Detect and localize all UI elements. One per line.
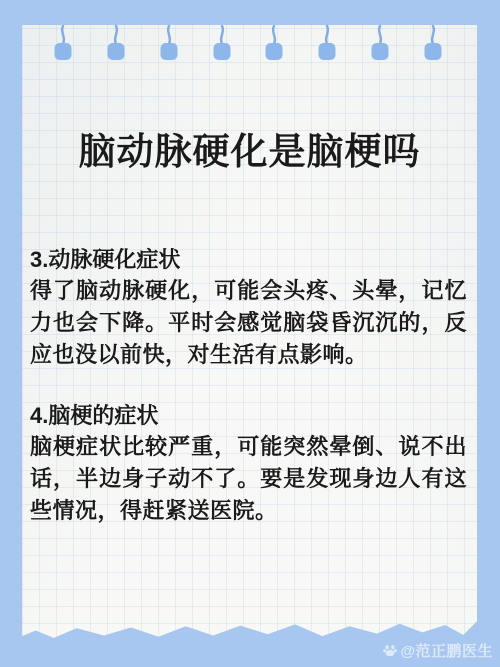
clip-row — [52, 25, 444, 67]
watermark-handle: @范正鹏医生 — [400, 640, 493, 661]
note-title: 脑动脉硬化是脑梗吗 — [22, 131, 477, 173]
binder-clip-icon — [263, 25, 285, 67]
binder-clip-icon — [105, 25, 127, 67]
notepad-paper: 脑动脉硬化是脑梗吗 3.动脉硬化症状 得了脑动脉硬化，可能会头疼、头晕，记忆力也… — [22, 25, 477, 641]
binder-clip-icon — [316, 25, 338, 67]
screenshot-root: { "note": { "title": "脑动脉硬化是脑梗吗", "clip_… — [0, 0, 500, 667]
binder-clip-icon — [369, 25, 391, 67]
section-stroke-symptoms: 4.脑梗的症状 脑梗症状比较严重，可能突然晕倒、说不出话，半边身子动不了。要是发… — [30, 401, 467, 527]
section-body: 脑梗症状比较严重，可能突然晕倒、说不出话，半边身子动不了。要是发现身边人有这些情… — [30, 431, 467, 527]
binder-clip-icon — [211, 25, 233, 67]
binder-clip-icon — [422, 25, 444, 67]
section-arteriosclerosis-symptoms: 3.动脉硬化症状 得了脑动脉硬化，可能会头疼、头晕，记忆力也会下降。平时会感觉脑… — [30, 245, 467, 371]
section-heading: 3.动脉硬化症状 — [30, 245, 467, 275]
section-heading: 4.脑梗的症状 — [30, 401, 467, 431]
watermark: @范正鹏医生 — [383, 640, 493, 661]
note-content: 3.动脉硬化症状 得了脑动脉硬化，可能会头疼、头晕，记忆力也会下降。平时会感觉脑… — [30, 245, 467, 557]
paw-icon — [383, 644, 397, 658]
binder-clip-icon — [52, 25, 74, 67]
section-body: 得了脑动脉硬化，可能会头疼、头晕，记忆力也会下降。平时会感觉脑袋昏沉沉的，反应也… — [30, 275, 467, 371]
binder-clip-icon — [158, 25, 180, 67]
